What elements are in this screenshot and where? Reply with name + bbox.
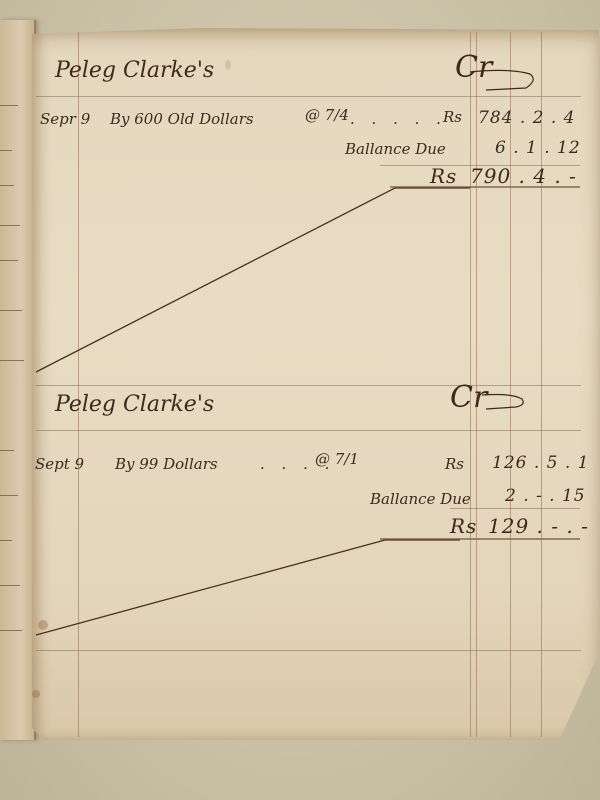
account-heading-2: Peleg Clarke's bbox=[55, 392, 214, 417]
ruled-mark bbox=[0, 630, 22, 631]
balance-label-2: Ballance Due bbox=[370, 490, 471, 508]
section-divider bbox=[36, 385, 581, 386]
total-amount-1: 790 . 4 . - bbox=[470, 164, 577, 188]
leader-dots: . . . . bbox=[260, 455, 335, 473]
ruled-mark bbox=[0, 150, 12, 151]
entry-rate: @ 7/4 bbox=[305, 106, 349, 124]
ruled-mark bbox=[0, 540, 12, 541]
foxing-stain bbox=[32, 690, 40, 698]
total-currency-2: Rs bbox=[450, 514, 477, 538]
entry-description: By 99 Dollars bbox=[115, 455, 218, 473]
foxing-stain bbox=[225, 60, 231, 70]
ruled-mark bbox=[0, 360, 24, 361]
balance-amount-1: 6 . 1 . 12 bbox=[495, 138, 581, 158]
ruled-mark bbox=[0, 185, 14, 186]
balance-label-1: Ballance Due bbox=[345, 140, 446, 158]
entry-description: By 600 Old Dollars bbox=[110, 110, 254, 128]
ruled-mark bbox=[0, 105, 18, 106]
ruled-mark bbox=[0, 260, 18, 261]
balance-amount-2: 2 . - . 15 bbox=[505, 486, 586, 506]
credit-mark-2: Cr bbox=[450, 380, 487, 415]
ledger-page bbox=[32, 28, 599, 740]
header-rule-2 bbox=[36, 430, 581, 431]
entry-date: Sepr 9 bbox=[40, 110, 90, 128]
total-currency-1: Rs bbox=[430, 164, 457, 188]
bottom-rule bbox=[36, 650, 581, 651]
entry-currency: Rs bbox=[445, 455, 464, 473]
leader-dots: . . . . . bbox=[350, 110, 447, 128]
sum-rule-2 bbox=[450, 508, 580, 509]
ruled-mark bbox=[0, 310, 22, 311]
ruled-mark bbox=[0, 495, 18, 496]
facing-page-edge bbox=[0, 20, 36, 740]
account-heading-1: Peleg Clarke's bbox=[55, 58, 214, 83]
ruled-mark bbox=[0, 585, 20, 586]
entry-amount: 126 . 5 . 1 bbox=[492, 453, 590, 473]
entry-amount: 784 . 2 . 4 bbox=[478, 108, 576, 128]
total-amount-2: 129 . - . - bbox=[488, 514, 589, 538]
entry-date: Sept 9 bbox=[35, 455, 84, 473]
foxing-stain bbox=[38, 620, 48, 630]
entry-currency: Rs bbox=[443, 108, 462, 126]
total-rule-2 bbox=[380, 538, 580, 540]
ruled-mark bbox=[0, 225, 20, 226]
ruled-mark bbox=[0, 450, 14, 451]
header-rule-1 bbox=[36, 96, 581, 97]
credit-mark-1: Cr bbox=[455, 50, 492, 85]
